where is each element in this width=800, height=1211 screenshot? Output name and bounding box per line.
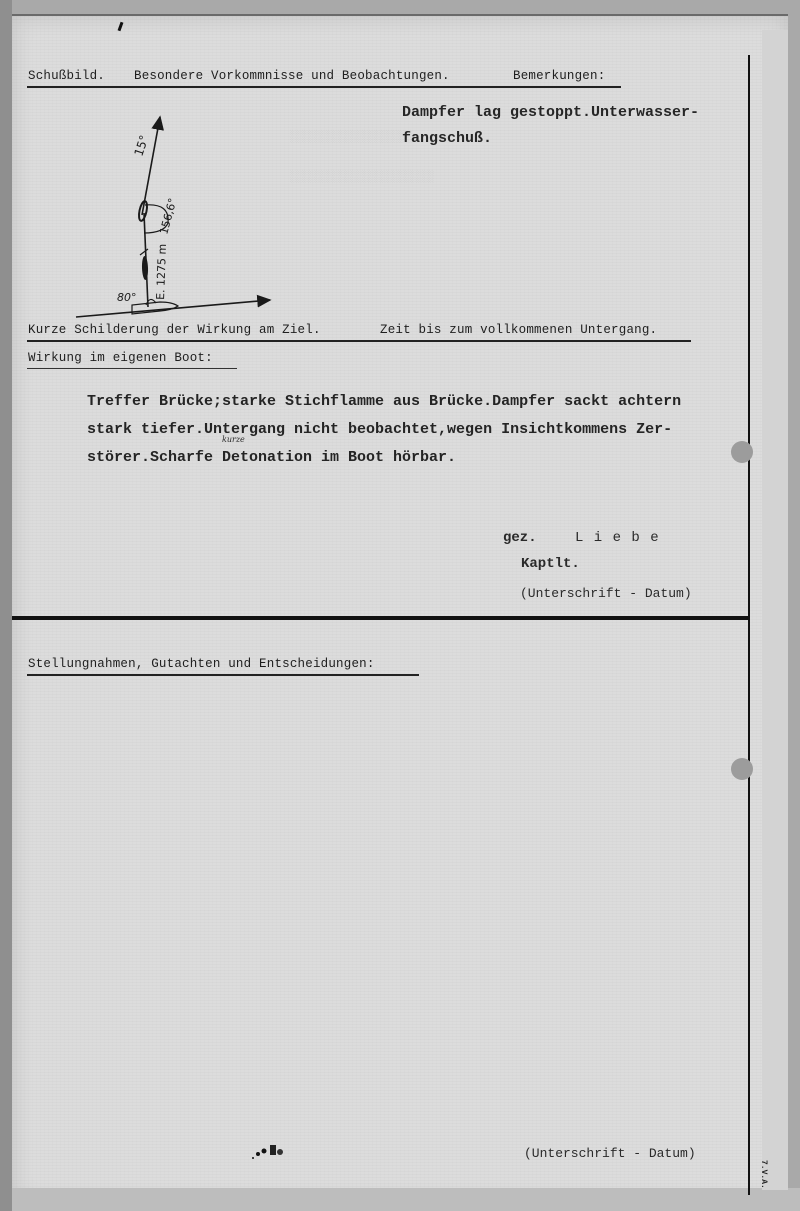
bleed-through-text: ░░░░░░░░░░░░░░░░░░░░ <box>290 170 434 184</box>
punch-hole <box>731 441 753 463</box>
heading-bemerkungen: Bemerkungen: <box>513 69 605 83</box>
signature-gez: gez. <box>503 530 537 546</box>
heading-stellungnahmen: Stellungnahmen, Gutachten und Entscheidu… <box>28 657 375 671</box>
heading-underline <box>27 340 691 342</box>
scan-left-edge <box>0 0 12 1211</box>
effect-description: Treffer Brücke;starke Stichflamme aus Br… <box>87 388 681 472</box>
footer-signature-caption: (Unterschrift - Datum) <box>524 1146 696 1161</box>
ink-stamp-smudge <box>250 1140 290 1162</box>
sketch-angle-mid: 156,6° <box>157 197 179 236</box>
heading-zeit-untergang: Zeit bis zum vollkommenen Untergang. <box>380 323 657 337</box>
heading-underline <box>27 368 237 369</box>
heading-wirkung-boot: Wirkung im eigenen Boot: <box>28 351 213 365</box>
sketch-angle-top: 15° <box>132 133 152 158</box>
handwritten-insert: kurze <box>222 435 245 444</box>
signature-rank: Kaptlt. <box>521 556 580 572</box>
uboat-heading-arrow <box>142 117 160 215</box>
bleed-through-text: ░░░░░░░░░░░░░░░░░ <box>290 130 412 144</box>
effect-line-3: störer.Scharfe Detonation im Boot hörbar… <box>87 444 681 472</box>
signature-name: L i e b e <box>575 530 660 546</box>
heading-underline <box>27 86 621 88</box>
scan-bottom-edge <box>12 1188 800 1211</box>
section-divider <box>12 616 750 620</box>
sketch-angle-bottom: 80° <box>117 291 137 304</box>
effect-line-2: stark tiefer.Untergang nicht beobachtet,… <box>87 416 681 444</box>
heading-schussbild: Schußbild. <box>28 69 105 83</box>
right-margin-rule <box>748 55 750 1195</box>
signature-caption: (Unterschrift - Datum) <box>520 586 692 601</box>
heading-vorkommnisse: Besondere Vorkommnisse und Beobachtungen… <box>134 69 450 83</box>
heading-underline <box>27 674 419 676</box>
remarks-line-1: Dampfer lag gestoppt.Unterwasser- <box>402 104 699 121</box>
page-right-margin <box>762 30 788 1190</box>
edge-mark: 7.V.A. <box>759 1160 768 1189</box>
punch-hole <box>731 758 753 780</box>
sketch-distance: E. 1275 m <box>154 244 169 301</box>
effect-line-1: Treffer Brücke;starke Stichflamme aus Br… <box>87 388 681 416</box>
heading-schilderung: Kurze Schilderung der Wirkung am Ziel. <box>28 323 321 337</box>
shot-diagram: 15° 156,6° E. 1275 m 80° <box>60 95 290 325</box>
remarks-line-2: fangschuß. <box>402 130 492 147</box>
